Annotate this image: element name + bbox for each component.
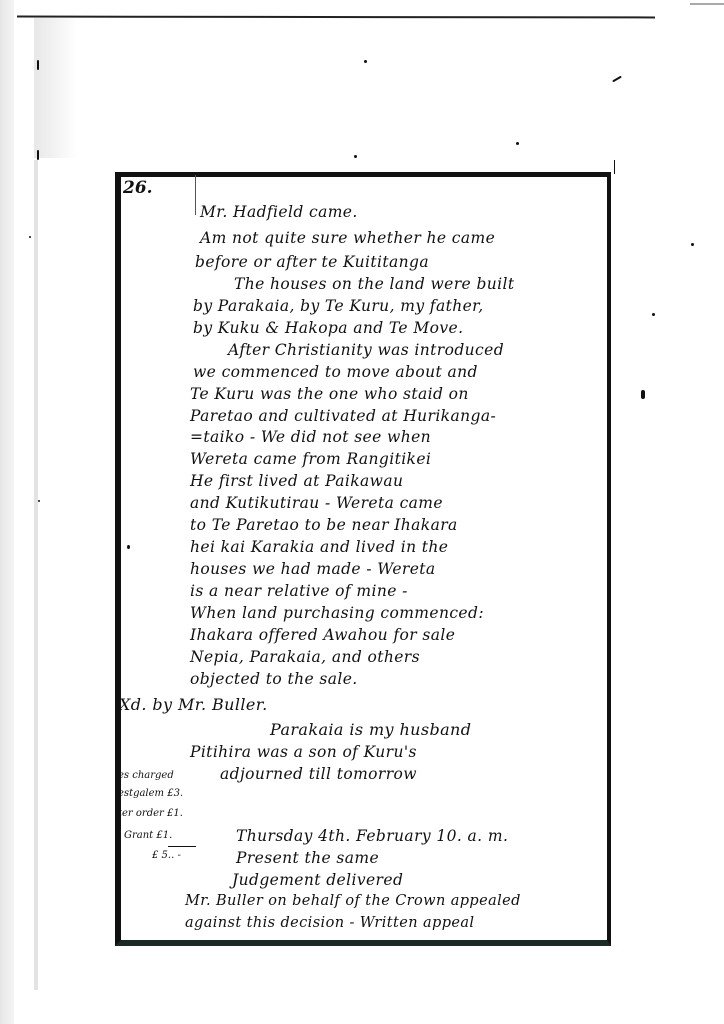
adjournment-line: adjourned till tomorrow (220, 765, 417, 783)
margin-fee-line: estgalem £3. (118, 788, 183, 799)
testimony-line: Te Kuru was the one who staid on (190, 385, 469, 403)
testimony-line: After Christianity was introduced (228, 341, 504, 359)
testimony-line: When land purchasing commenced: (190, 604, 484, 622)
testimony-line: is a near relative of mine - (190, 582, 408, 600)
testimony-line: Mr. Hadfield came. (200, 203, 358, 221)
cross-exam-heading: Xd. by Mr. Buller. (119, 695, 268, 714)
binding-shadow (34, 18, 78, 158)
testimony-line: hei kai Karakia and lived in the (190, 538, 448, 556)
speck (612, 76, 622, 83)
speck (354, 155, 357, 158)
session-line: against this decision - Written appeal (185, 915, 474, 931)
session-line: Mr. Buller on behalf of the Crown appeal… (185, 893, 521, 909)
frame-tick (614, 160, 615, 174)
margin-rule (195, 175, 196, 215)
fee-total-rule (168, 846, 196, 847)
speck (652, 313, 655, 316)
session-date: Thursday 4th. February 10. a. m. (236, 827, 508, 845)
binding-edge (34, 160, 38, 990)
speck (691, 243, 694, 246)
binding-strip (0, 0, 14, 1024)
session-line: Present the same (236, 849, 379, 867)
testimony-line: The houses on the land were built (234, 275, 515, 293)
speck (641, 390, 645, 399)
cross-exam-line: Pitihira was a son of Kuru's (190, 743, 417, 761)
testimony-line: He first lived at Paikawau (190, 472, 403, 490)
margin-fee-total: £ 5.. - (152, 850, 181, 861)
testimony-line: before or after te Kuititanga (195, 253, 429, 271)
speck (38, 500, 40, 502)
speck (516, 142, 519, 145)
testimony-line: Wereta came from Rangitikei (190, 450, 431, 468)
corner-rule (690, 3, 724, 5)
testimony-line: Am not quite sure whether he came (200, 229, 495, 247)
margin-fee-line: ter order £1. (118, 808, 183, 819)
page-number: 26. (123, 178, 153, 198)
speck (29, 236, 31, 238)
session-line: Judgement delivered (232, 871, 403, 889)
testimony-line: Paretao and cultivated at Hurikanga- (190, 407, 496, 425)
testimony-line: objected to the sale. (190, 670, 358, 688)
testimony-line: to Te Paretao to be near Ihakara (190, 516, 458, 534)
testimony-line: houses we had made - Wereta (190, 560, 436, 578)
testimony-line: by Parakaia, by Te Kuru, my father, (193, 297, 484, 315)
margin-fee-line: es charged (118, 770, 174, 781)
testimony-line: and Kutikutirau - Wereta came (190, 494, 443, 512)
margin-fee-line: Grant £1. (124, 830, 172, 841)
testimony-line: we commenced to move about and (193, 363, 478, 381)
testimony-line: =taiko - We did not see when (190, 428, 431, 446)
speck (37, 150, 39, 160)
cross-exam-line: Parakaia is my husband (270, 720, 471, 739)
testimony-line: by Kuku & Hakopa and Te Move. (193, 319, 463, 337)
speck (364, 60, 367, 63)
speck (37, 60, 39, 70)
testimony-line: Nepia, Parakaia, and others (190, 648, 420, 666)
page-top-rule (17, 16, 655, 19)
testimony-line: Ihakara offered Awahou for sale (190, 626, 455, 644)
